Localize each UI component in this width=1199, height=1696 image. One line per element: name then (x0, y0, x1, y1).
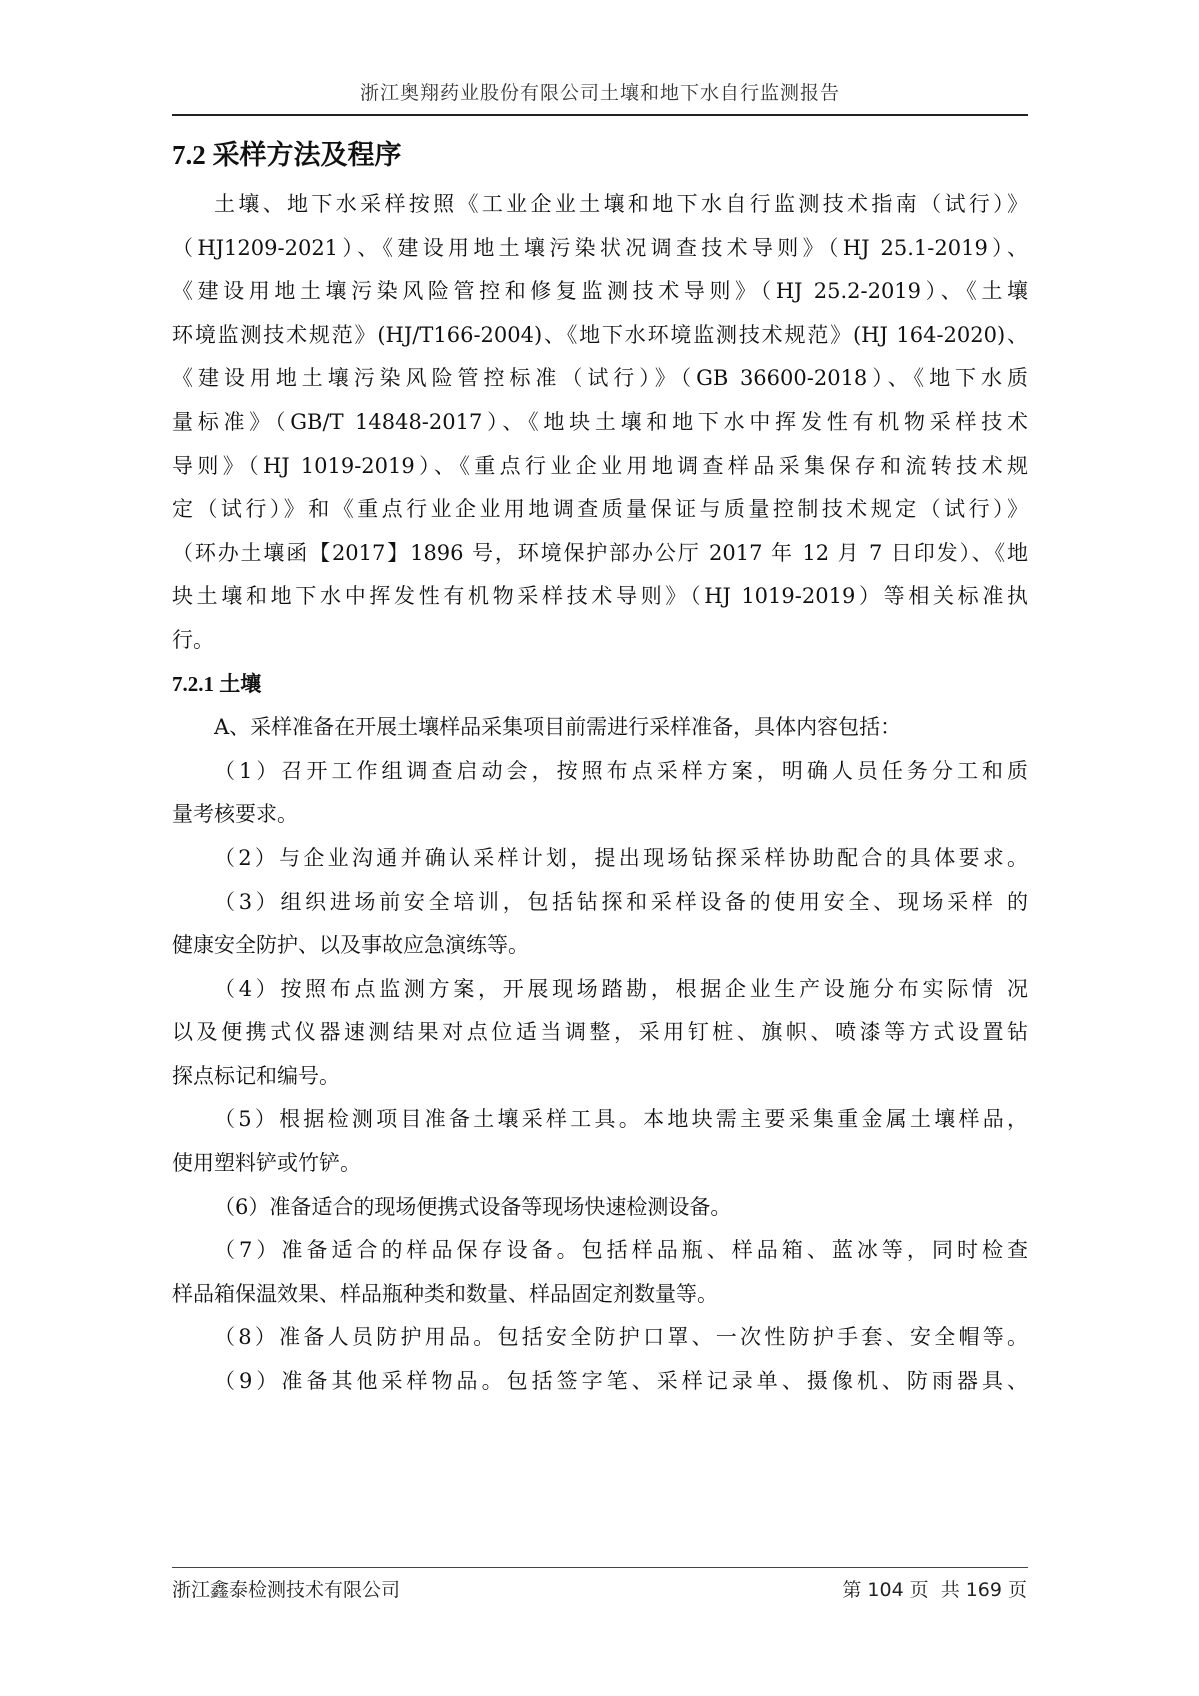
paragraph-line: 定（试行）》和《重点行业企业用地调查质量保证与质量控制技术规定（试行）》 (172, 488, 1028, 532)
paragraph-line: （5）根据检测项目准备土壤采样工具。本地块需主要采集重金属土壤样品， (172, 1098, 1028, 1142)
paragraph-line: 使用塑料铲或竹铲。 (172, 1142, 1028, 1186)
paragraph-line: 土壤、地下水采样按照《工业企业土壤和地下水自行监测技术指南（试行）》 (172, 183, 1028, 227)
header-divider (172, 114, 1028, 116)
page-total: 169 (966, 1579, 1002, 1601)
paragraph-line: A、采样准备在开展土壤样品采集项目前需进行采样准备，具体内容包括： (172, 706, 1028, 750)
subsection-body: A、采样准备在开展土壤样品采集项目前需进行采样准备，具体内容包括：（1）召开工作… (172, 706, 1028, 1404)
paragraph-line: 探点标记和编号。 (172, 1055, 1028, 1099)
subsection-title: 7.2.1 土壤 (172, 663, 1028, 707)
paragraph-line: 行。 (172, 619, 1028, 663)
page-middle: 页 共 (910, 1579, 960, 1601)
page-number: 第104页 共169页 (836, 1575, 1027, 1602)
page-header-title: 浙江奥翔药业股份有限公司土壤和地下水自行监测报告 (172, 78, 1028, 105)
section-intro-paragraph: 土壤、地下水采样按照《工业企业土壤和地下水自行监测技术指南（试行）》 （HJ12… (172, 183, 1028, 663)
paragraph-line: 《建设用地土壤污染风险管控和修复监测技术导则》（HJ 25.2-2019）、《土… (172, 270, 1028, 314)
paragraph-line: 量标准》（GB/T 14848-2017）、《地块土壤和地下水中挥发性有机物采样… (172, 401, 1028, 445)
footer-divider (172, 1567, 1028, 1568)
footer-company: 浙江鑫泰检测技术有限公司 (172, 1575, 400, 1602)
paragraph-line: （HJ1209-2021）、《建设用地土壤污染状况调查技术导则》（HJ 25.1… (172, 227, 1028, 271)
paragraph-line: 导则》（HJ 1019-2019）、《重点行业企业用地调查样品采集保存和流转技术… (172, 445, 1028, 489)
paragraph-line: 《建设用地土壤污染风险管控标准（试行）》（GB 36600-2018）、《地下水… (172, 357, 1028, 401)
paragraph-line: （3）组织进场前安全培训，包括钻探和采样设备的使用安全、现场采样 的 (172, 881, 1028, 925)
paragraph-line: 块土壤和地下水中挥发性有机物采样技术导则》（HJ 1019-2019）等相关标准… (172, 575, 1028, 619)
paragraph-line: （7）准备适合的样品保存设备。包括样品瓶、样品箱、蓝冰等，同时检查 (172, 1229, 1028, 1273)
page-prefix: 第 (842, 1579, 861, 1601)
page-current: 104 (867, 1579, 903, 1601)
section-title: 7.2 采样方法及程序 (172, 133, 1028, 183)
paragraph-line: 环境监测技术规范》(HJ/T166-2004)、《地下水环境监测技术规范》(HJ… (172, 314, 1028, 358)
paragraph-line: （1）召开工作组调查启动会，按照布点采样方案，明确人员任务分工和质 (172, 750, 1028, 794)
paragraph-line: （4）按照布点监测方案，开展现场踏勘，根据企业生产设施分布实际情 况 (172, 968, 1028, 1012)
page-suffix: 页 (1008, 1579, 1027, 1601)
paragraph-line: （环办土壤函【2017】1896 号，环境保护部办公厅 2017 年 12 月 … (172, 532, 1028, 576)
paragraph-line: （2）与企业沟通并确认采样计划，提出现场钻探采样协助配合的具体要求。 (172, 837, 1028, 881)
page-content: 7.2 采样方法及程序 土壤、地下水采样按照《工业企业土壤和地下水自行监测技术指… (172, 133, 1028, 1404)
paragraph-line: （9）准备其他采样物品。包括签字笔、采样记录单、摄像机、防雨器具、 (172, 1360, 1028, 1404)
paragraph-line: 健康安全防护、以及事故应急演练等。 (172, 924, 1028, 968)
paragraph-line: 样品箱保温效果、样品瓶种类和数量、样品固定剂数量等。 (172, 1273, 1028, 1317)
paragraph-line: 以及便携式仪器速测结果对点位适当调整，采用钉桩、旗帜、喷漆等方式设置钻 (172, 1011, 1028, 1055)
paragraph-line: （6）准备适合的现场便携式设备等现场快速检测设备。 (172, 1186, 1028, 1230)
paragraph-line: 量考核要求。 (172, 793, 1028, 837)
paragraph-line: （8）准备人员防护用品。包括安全防护口罩、一次性防护手套、安全帽等。 (172, 1316, 1028, 1360)
